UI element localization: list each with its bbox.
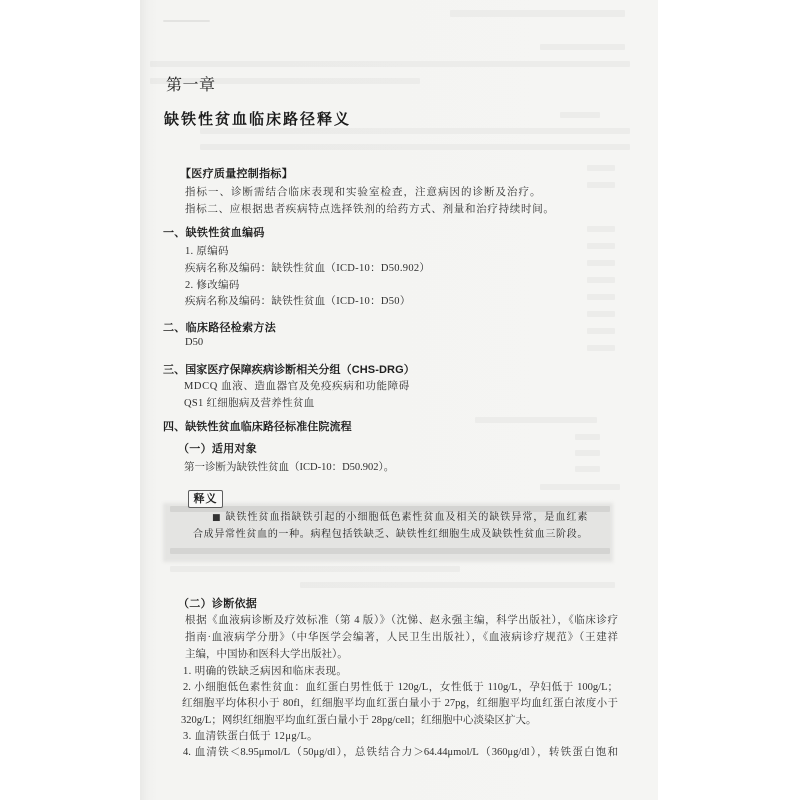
bleed-through-mark [540, 44, 625, 50]
bleed-through-mark [150, 61, 630, 67]
chapter-title: 缺铁性贫血临床路径释义 [164, 109, 351, 129]
indicator-item: 指标二、应根据患者疾病特点选择铁剂的给药方式、剂量和治疗持续时间。 [185, 202, 555, 218]
indicator-item: 指标一、诊断需结合临床表现和实验室检查，注意病因的诊断及治疗。 [185, 185, 542, 201]
interpretation-text: 缺铁性贫血指缺铁引起的小细胞低色素性贫血及相关的缺铁异常，是血红素 [226, 512, 588, 523]
criteria-line: 红细胞平均体积小于 80fl，红细胞平均血红蛋白量小于 27pg，红细胞平均血红… [182, 696, 618, 712]
bleed-through-mark [560, 112, 600, 118]
bleed-through-mark [587, 165, 615, 171]
search-code: D50 [185, 335, 203, 351]
subsection-heading: （一）适用对象 [178, 441, 257, 457]
scanned-page-view: 第一章 缺铁性贫血临床路径释义 【医疗质量控制指标】 指标一、诊断需结合临床表现… [0, 0, 800, 800]
reference-line: 主编，中国协和医科大学出版社）。 [185, 647, 348, 663]
bleed-through-mark [587, 345, 615, 351]
interpretation-tag: 释义 [188, 490, 223, 508]
bleed-through-mark [587, 311, 615, 317]
interpretation-line: 合成异常性贫血的一种。病程包括铁缺乏、缺铁性红细胞生成及缺铁性贫血三阶段。 [193, 527, 588, 543]
bleed-through-mark [540, 484, 620, 490]
code-item-label: 1. 原编码 [185, 244, 229, 260]
bleed-through-mark [163, 20, 210, 22]
bleed-through-mark [200, 144, 630, 150]
drg-group: MDCQ 血液、造血器官及免疫疾病和功能障碍 [184, 379, 410, 395]
criteria-line: 4. 血清铁＜8.95μmol/L（50μg/dl），总铁结合力＞64.44μm… [183, 745, 618, 761]
drg-group: QS1 红细胞病及营养性贫血 [184, 396, 315, 412]
scope-text: 第一诊断为缺铁性贫血（ICD-10：D50.902）。 [184, 460, 394, 476]
criteria-line: 2. 小细胞低色素性贫血：血红蛋白男性低于 120g/L，女性低于 110g/L… [183, 680, 618, 696]
bleed-through-mark [587, 328, 615, 334]
bleed-through-mark [170, 566, 460, 572]
section-heading: 一、缺铁性贫血编码 [163, 225, 265, 241]
bleed-through-mark [575, 450, 600, 456]
reference-line: 根据《血液病诊断及疗效标准（第 4 版）》（沈悌、赵永强主编，科学出版社），《临… [185, 613, 618, 629]
square-bullet-icon: ■ [212, 513, 222, 523]
bleed-through-mark [587, 260, 615, 266]
bleed-through-mark [587, 243, 615, 249]
bleed-through-mark [300, 582, 615, 588]
code-item-text: 疾病名称及编码：缺铁性贫血（ICD-10：D50.902） [185, 261, 430, 277]
section-heading: 四、缺铁性贫血临床路径标准住院流程 [163, 419, 352, 435]
criteria-line: 1. 明确的铁缺乏病因和临床表现。 [183, 664, 347, 680]
quality-control-heading: 【医疗质量控制指标】 [180, 166, 293, 182]
bleed-through-mark [587, 294, 615, 300]
bleed-through-mark [575, 466, 600, 472]
bleed-through-mark [575, 434, 600, 440]
chapter-label: 第一章 [166, 74, 216, 96]
criteria-line: 3. 血清铁蛋白低于 12μg/L。 [183, 729, 318, 745]
criteria-line: 320g/L；网织红细胞平均血红蛋白量小于 28pg/cell；红细胞中心淡染区… [181, 713, 537, 729]
bleed-through-mark [587, 226, 615, 232]
bleed-through-mark [587, 182, 615, 188]
interpretation-line: ■缺铁性贫血指缺铁引起的小细胞低色素性贫血及相关的缺铁异常，是血红素 [212, 510, 588, 526]
bleed-through-mark [450, 10, 625, 17]
bleed-through-mark [587, 277, 615, 283]
code-item-label: 2. 修改编码 [185, 278, 240, 294]
code-item-text: 疾病名称及编码：缺铁性贫血（ICD-10：D50） [185, 294, 411, 310]
section-heading: 二、临床路径检索方法 [163, 320, 276, 336]
section-heading: 三、国家医疗保障疾病诊断相关分组（CHS-DRG） [163, 362, 415, 378]
subsection-heading: （二）诊断依据 [178, 596, 257, 612]
reference-line: 指南·血液病学分册》（中华医学会编著，人民卫生出版社），《血液病诊疗规范》（王建… [185, 630, 618, 646]
bleed-through-mark [170, 548, 610, 554]
bleed-through-mark [475, 417, 597, 423]
